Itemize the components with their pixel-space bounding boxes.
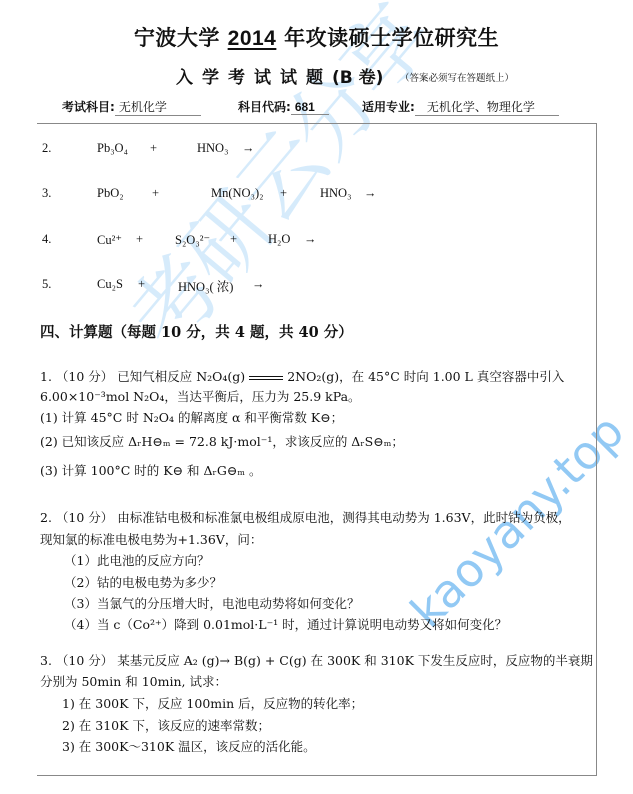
q2-line1: 2. （10 分） 由标准钴电极和标准氯电极组成原电池，测得其电动势为 1.63… bbox=[40, 508, 571, 526]
q1-head-tail: 2NO₂(g)，在 45°C 时向 1.00 L 真空容器中引入 bbox=[287, 369, 564, 384]
q2-sub3: （3）当氯气的分压增大时，电池电动势将如何变化？ bbox=[64, 594, 359, 612]
eq-4-term: Cu²⁺ bbox=[97, 232, 122, 248]
exam-subtitle: 入学考试试题(B 卷) bbox=[176, 63, 383, 88]
equilibrium-arrow-icon bbox=[249, 375, 283, 381]
eq-4-term: S₂O₃²⁻ bbox=[175, 232, 210, 248]
eq-3-term: HNO₃ bbox=[320, 186, 351, 201]
subtitle-text: 入学考试试题 bbox=[176, 68, 332, 88]
code-field: 科目代码:681 bbox=[238, 98, 329, 115]
eq-2-num: 2. bbox=[42, 141, 51, 156]
q2-sub2: （2）钴的电极电势为多少？ bbox=[64, 573, 222, 591]
eq-4-term: + bbox=[230, 232, 237, 247]
title-university: 宁波大学 bbox=[134, 26, 228, 50]
eq-3-num: 3. bbox=[42, 186, 51, 201]
code-value: 681 bbox=[291, 100, 329, 115]
exam-title: 宁波大学 2014 年攻读硕士学位研究生 bbox=[0, 22, 633, 52]
eq-5-term: + bbox=[138, 277, 145, 292]
eq-3-arrow: → bbox=[364, 186, 377, 201]
subject-field: 考试科目:无机化学 bbox=[62, 98, 201, 116]
eq-2-term: Pb₃O₄ bbox=[97, 141, 128, 156]
eq-4-num: 4. bbox=[42, 232, 51, 247]
q3-line2: 分别为 50min 和 10min, 试求： bbox=[40, 672, 227, 690]
eq-3-term: + bbox=[152, 186, 159, 201]
frame-top-border bbox=[37, 123, 597, 124]
eq-2-term: + bbox=[150, 141, 157, 156]
major-value: 无机化学、物理化学 bbox=[415, 98, 559, 116]
q1-sub3: (3) 计算 100°C 时的 K⊖ 和 ΔᵣG⊖ₘ 。 bbox=[40, 461, 262, 479]
q3-sub2: 2) 在 310K 下，该反应的速率常数； bbox=[62, 716, 270, 734]
q1-line1: 1. （10 分） 已知气相反应 N₂O₄(g)2NO₂(g)，在 45°C 时… bbox=[40, 367, 564, 385]
code-label: 科目代码: bbox=[238, 100, 291, 114]
eq-5-term: Cu₂S bbox=[97, 277, 123, 292]
section-title: 四、计算题（每题 10 分，共 4 题，共 40 分） bbox=[40, 321, 353, 342]
subject-label: 考试科目: bbox=[62, 100, 115, 114]
q1-head: 1. （10 分） 已知气相反应 N₂O₄(g) bbox=[40, 369, 245, 384]
title-year: 2014 bbox=[228, 27, 277, 50]
eq-3-term: PbO₂ bbox=[97, 186, 124, 201]
major-label: 适用专业: bbox=[362, 100, 415, 114]
eq-5-term: HNO₃( 浓) bbox=[178, 277, 233, 295]
paper-version: (B 卷) bbox=[332, 68, 383, 88]
q1-line2: 6.00×10⁻³mol N₂O₄，当达平衡后，压力为 25.9 kPa。 bbox=[40, 387, 361, 405]
q2-line2: 现知氯的标准电极电势为+1.36V，问： bbox=[40, 530, 262, 548]
frame-bottom-border bbox=[37, 775, 597, 776]
eq-3-term: Mn(NO₃)₂ bbox=[211, 186, 263, 201]
eq-5-num: 5. bbox=[42, 277, 51, 292]
q3-sub3: 3) 在 300K～310K 温区，该反应的活化能。 bbox=[62, 737, 316, 755]
eq-2-arrow: → bbox=[242, 141, 255, 156]
eq-4-term: + bbox=[136, 232, 143, 247]
subject-value: 无机化学 bbox=[115, 98, 201, 116]
eq-5-arrow: → bbox=[252, 277, 265, 292]
eq-3-term: + bbox=[280, 186, 287, 201]
q1-sub2: (2) 已知该反应 ΔᵣH⊖ₘ = 72.8 kJ·mol⁻¹，求该反应的 Δᵣ… bbox=[40, 432, 404, 450]
watermark-calligraphy: 考研云分享 bbox=[95, 0, 454, 370]
eq-2-term: HNO₃ bbox=[197, 141, 228, 156]
major-field: 适用专业:无机化学、物理化学 bbox=[362, 98, 559, 116]
frame-right-border bbox=[596, 123, 597, 776]
eq-4-arrow: → bbox=[304, 232, 317, 247]
title-rest: 年攻读硕士学位研究生 bbox=[276, 26, 499, 50]
q3-line1: 3. （10 分） 某基元反应 A₂ (g)→ B(g) + C(g) 在 30… bbox=[40, 651, 593, 669]
eq-4-term: H₂O bbox=[268, 232, 290, 247]
q1-sub1: (1) 计算 45°C 时 N₂O₄ 的解离度 α 和平衡常数 K⊖； bbox=[40, 408, 343, 426]
answer-note: （答案必须写在答题纸上） bbox=[400, 70, 514, 84]
q3-sub1: 1) 在 300K 下，反应 100min 后，反应物的转化率； bbox=[62, 694, 363, 712]
q2-sub4: （4）当 c（Co²⁺）降到 0.01mol·L⁻¹ 时，通过计算说明电动势又将… bbox=[64, 615, 507, 633]
q2-sub1: （1）此电池的反应方向？ bbox=[64, 551, 209, 569]
